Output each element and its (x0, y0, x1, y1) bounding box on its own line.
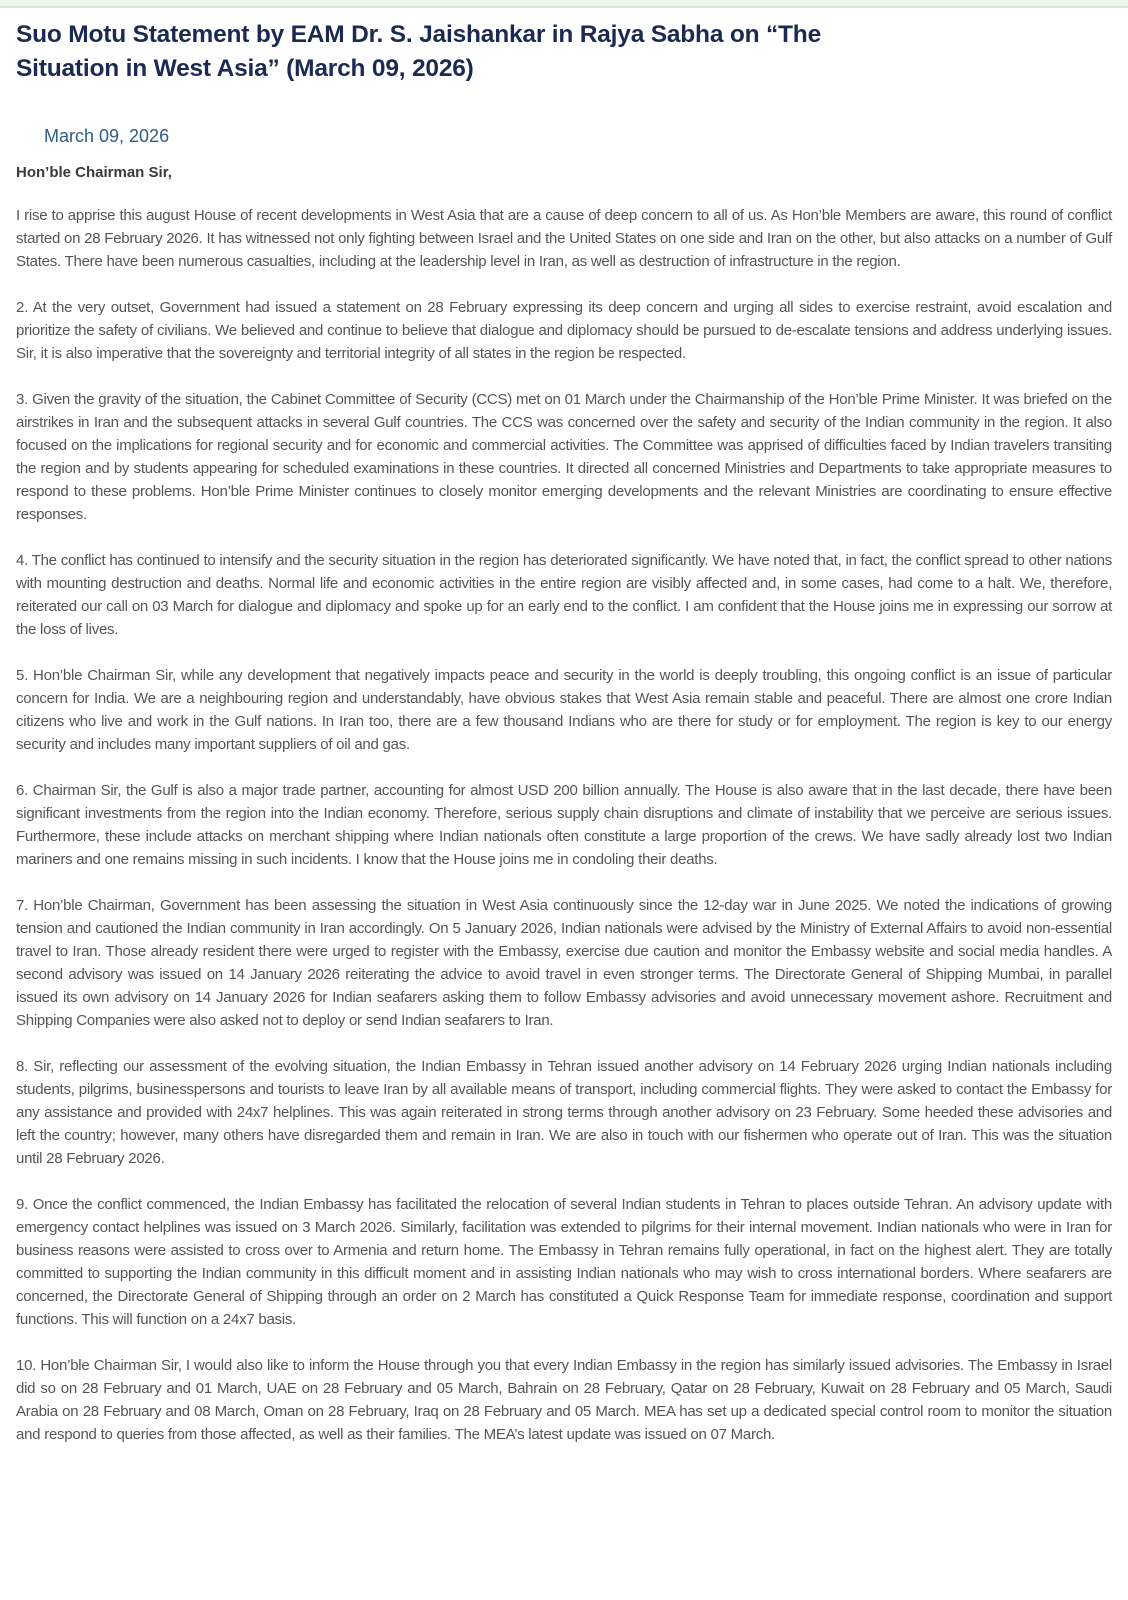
paragraph-9: 9. Once the conflict commenced, the Indi… (16, 1193, 1112, 1331)
statement-body: I rise to apprise this august House of r… (16, 204, 1112, 1446)
paragraph-8: 8. Sir, reflecting our assessment of the… (16, 1055, 1112, 1170)
top-border-bar (0, 0, 1128, 8)
salutation: Hon’ble Chairman Sir, (16, 162, 1112, 184)
page-title: Suo Motu Statement by EAM Dr. S. Jaishan… (16, 18, 846, 86)
paragraph-5: 5. Hon’ble Chairman Sir, while any devel… (16, 664, 1112, 756)
paragraph-6: 6. Chairman Sir, the Gulf is also a majo… (16, 779, 1112, 871)
paragraph-4: 4. The conflict has continued to intensi… (16, 549, 1112, 641)
statement-article: Suo Motu Statement by EAM Dr. S. Jaishan… (16, 18, 1112, 1469)
paragraph-intro: I rise to apprise this august House of r… (16, 204, 1112, 273)
paragraph-3: 3. Given the gravity of the situation, t… (16, 388, 1112, 526)
paragraph-10: 10. Hon’ble Chairman Sir, I would also l… (16, 1354, 1112, 1446)
paragraph-2: 2. At the very outset, Government had is… (16, 296, 1112, 365)
paragraph-7: 7. Hon’ble Chairman, Government has been… (16, 894, 1112, 1032)
publish-date: March 09, 2026 (44, 124, 1112, 148)
